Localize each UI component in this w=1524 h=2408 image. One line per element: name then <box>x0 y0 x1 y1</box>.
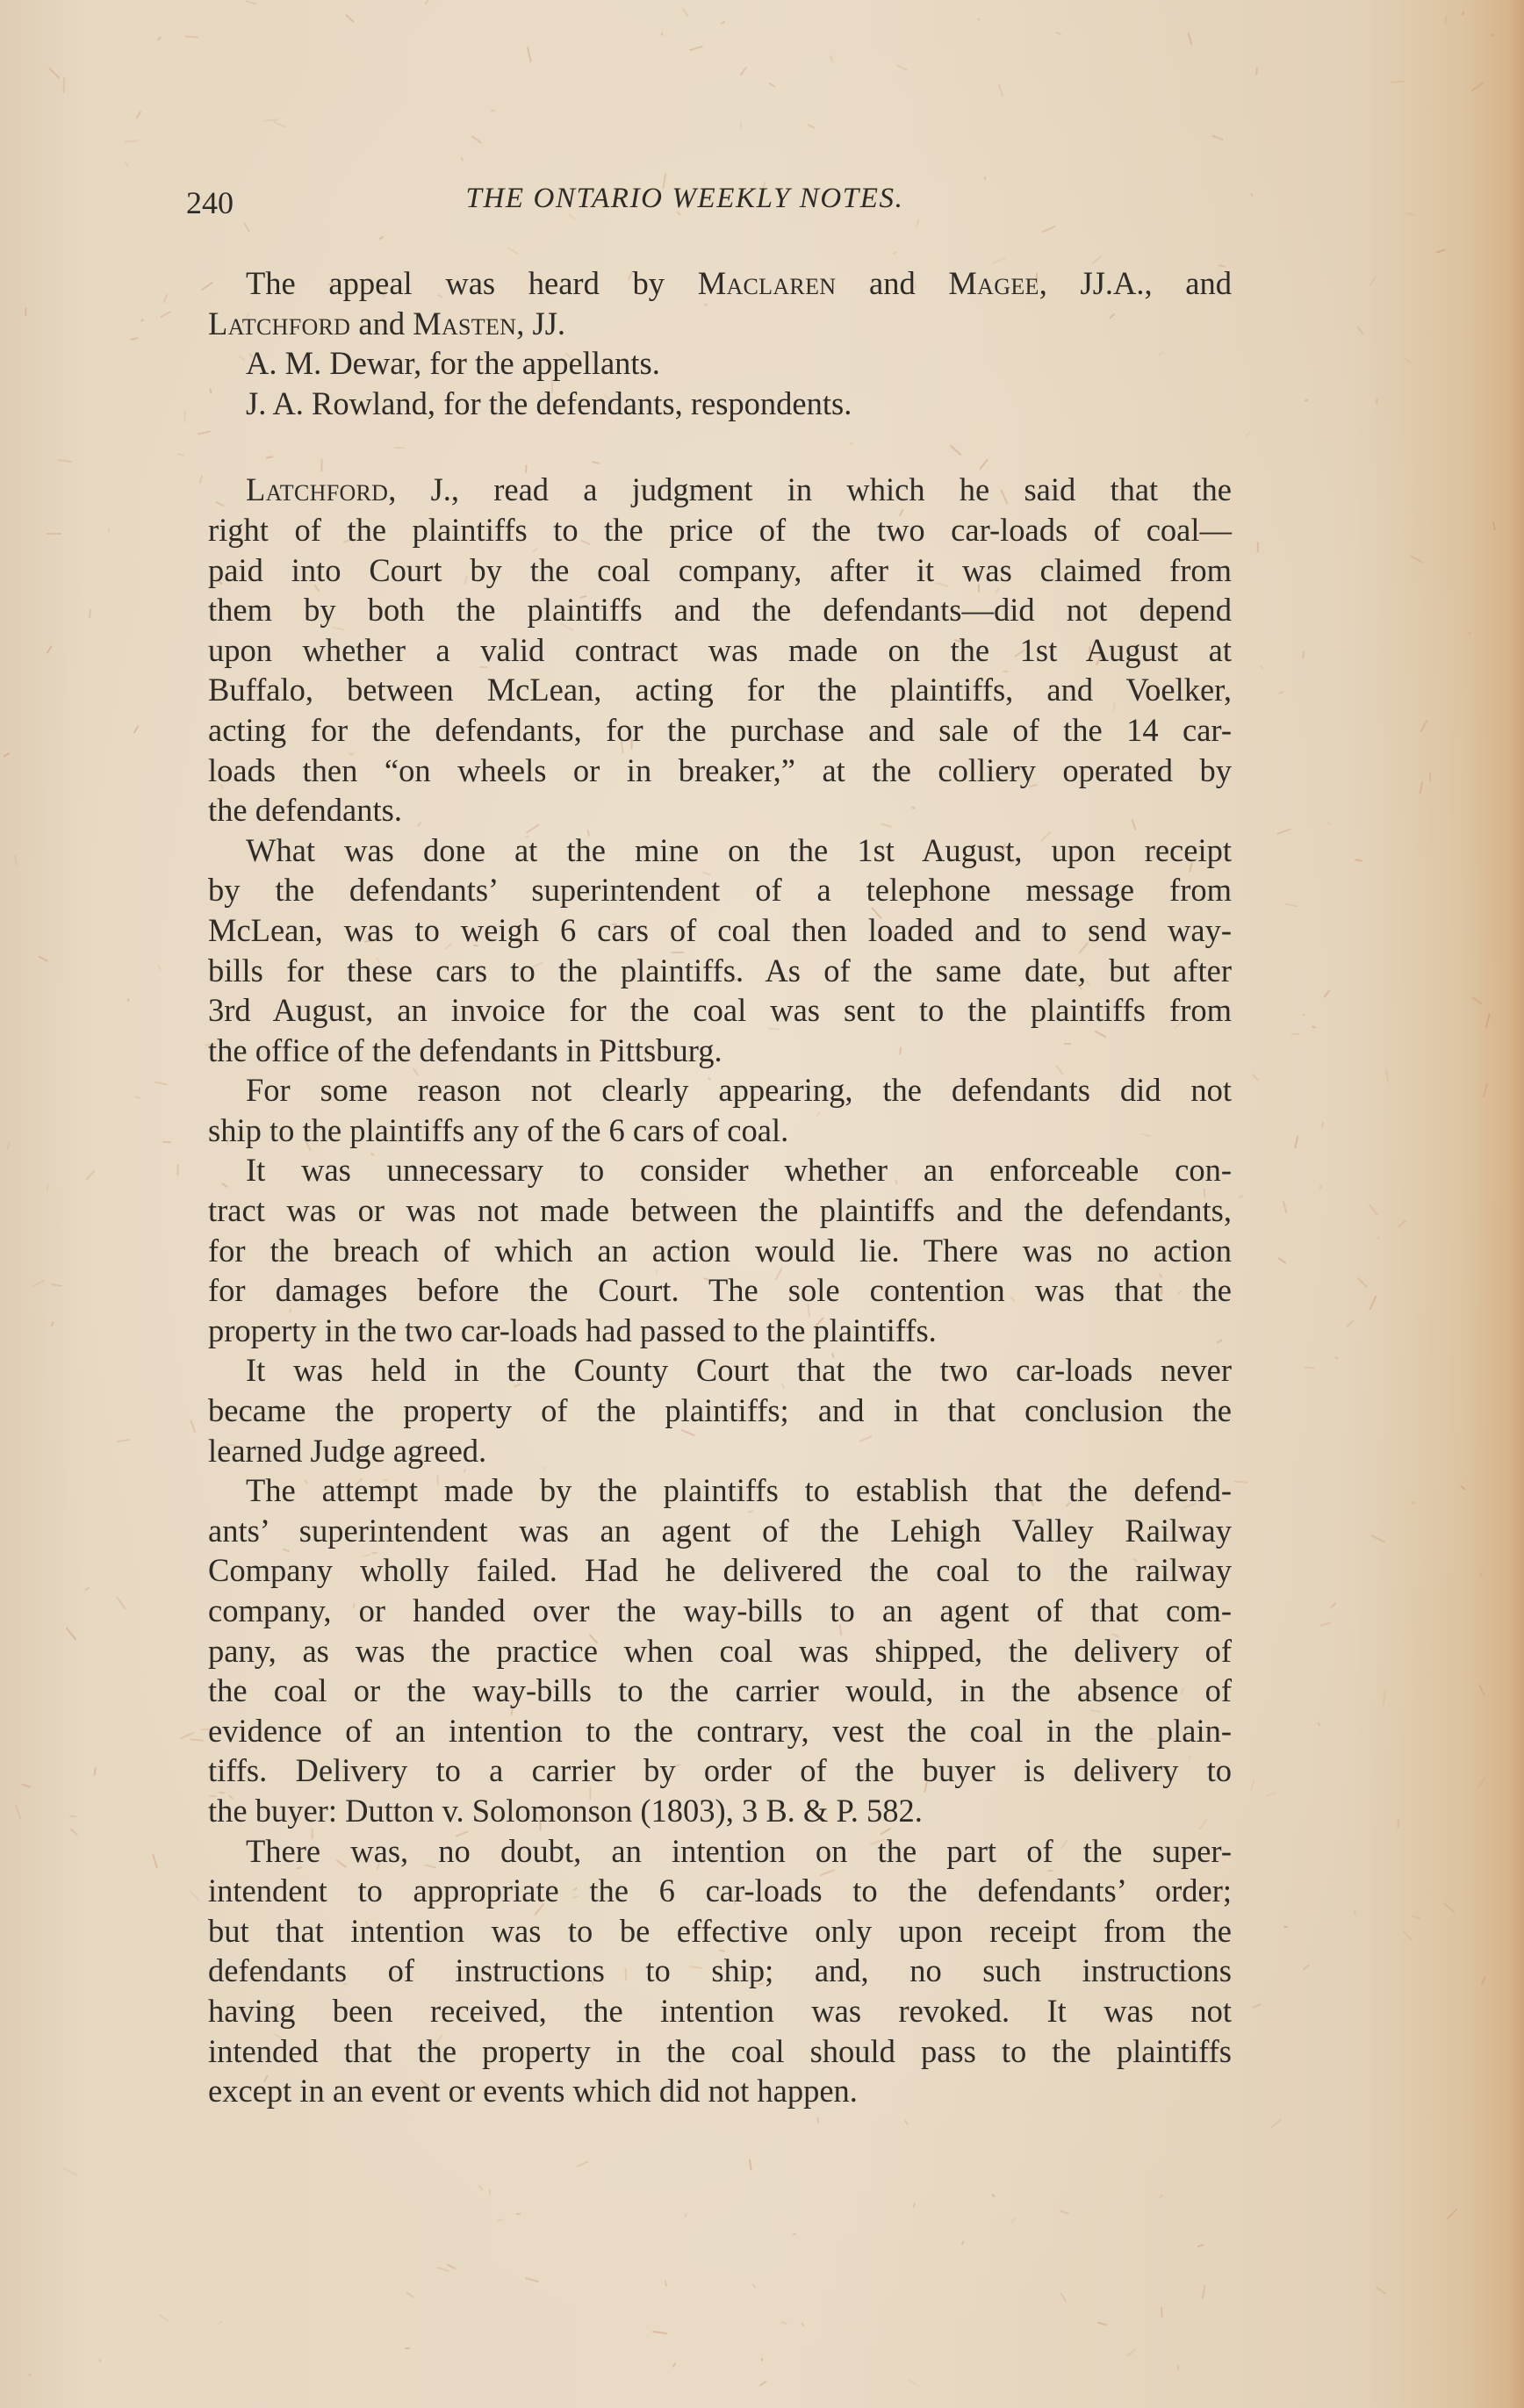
paper-fiber <box>1403 1930 1413 1941</box>
paper-fiber <box>1319 1184 1321 1189</box>
bench-line-1: The appeal was heard by Maclaren and Mag… <box>208 263 1232 304</box>
text-line: McLean, was to weigh 6 cars of coal then… <box>208 910 1232 951</box>
paper-fiber <box>1255 67 1258 75</box>
paper-fiber <box>488 2189 491 2195</box>
paper-fiber <box>909 2379 918 2386</box>
paper-fiber <box>491 110 495 112</box>
paper-fiber <box>189 1889 200 1901</box>
text-line: the buyer: Dutton v. Solomonson (1803), … <box>208 1791 1232 1831</box>
paper-fiber <box>478 2185 483 2190</box>
paper-fiber <box>1369 275 1377 286</box>
judgment-body: right of the plaintiffs to the price of … <box>208 510 1232 2111</box>
paper-fiber <box>162 1141 171 1143</box>
paper-fiber <box>1097 2321 1107 2325</box>
paper-fiber <box>1312 1026 1316 1029</box>
text-line: property in the two car-loads had passed… <box>208 1311 1232 1351</box>
text-line: defendants of instructions to ship; and,… <box>208 1951 1232 1991</box>
text-line: The attempt made by the plaintiffs to es… <box>208 1470 1232 1511</box>
text-line: It was unnecessary to consider whether a… <box>208 1150 1232 1190</box>
paper-fiber <box>108 528 110 533</box>
counsel-line: J. A. Rowland, for the defendants, respo… <box>208 384 1232 424</box>
paper-fiber <box>156 36 162 41</box>
paper-fiber <box>1429 773 1431 781</box>
paper-fiber <box>28 2373 32 2376</box>
text-line: intendent to appropriate the 6 car-loads… <box>208 1871 1232 1911</box>
paper-fiber <box>46 645 52 654</box>
paper-fiber <box>446 2263 456 2269</box>
judge-name: Maclaren <box>698 265 837 301</box>
paper-fiber <box>159 2314 170 2323</box>
text-line: It was held in the County Court that the… <box>208 1350 1232 1391</box>
paper-fiber <box>1239 1195 1244 1198</box>
paper-fiber <box>801 2322 804 2326</box>
paper-fiber <box>1321 1122 1325 1129</box>
paper-fiber <box>88 609 90 619</box>
text-line: intended that the property in the coal s… <box>208 2031 1232 2072</box>
paper-fiber <box>1490 32 1494 36</box>
paper-fiber <box>1397 1819 1399 1828</box>
paper-fiber <box>1294 1135 1298 1149</box>
paper-fiber <box>1357 1276 1369 1288</box>
paper-fiber <box>62 78 65 94</box>
paper-fiber <box>1383 1690 1386 1706</box>
paper-fiber <box>1060 2210 1069 2214</box>
text-line: having been received, the intention was … <box>208 1991 1232 2031</box>
paper-fiber <box>51 1283 62 1287</box>
paper-fiber <box>152 1854 158 1869</box>
text-line: the office of the defendants in Pittsbur… <box>208 1031 1232 1071</box>
paper-fiber <box>140 319 144 322</box>
paper-fiber <box>379 235 384 240</box>
text-line: the defendants. <box>208 790 1232 830</box>
paper-fiber <box>1233 1481 1247 1484</box>
paper-fiber <box>190 1420 197 1433</box>
paper-fiber <box>1326 821 1332 827</box>
paper-fiber <box>14 854 18 865</box>
paper-fiber <box>1471 996 1484 1006</box>
paper-fiber <box>1492 521 1496 530</box>
paper-fiber <box>1211 134 1224 140</box>
paper-fiber <box>1477 1776 1486 1789</box>
paper-fiber <box>1481 1976 1486 1985</box>
text-line: ship to the plaintiffs any of the 6 cars… <box>208 1111 1232 1151</box>
paper-fiber <box>780 2321 787 2325</box>
text-line: became the property of the plaintiffs; a… <box>208 1391 1232 1431</box>
text-line: paid into Court by the coal company, aft… <box>208 550 1232 591</box>
paper-fiber <box>1405 358 1412 363</box>
text-line: the coal or the way-bills to the carrier… <box>208 1671 1232 1711</box>
paper-fiber <box>720 21 725 25</box>
body-text: The appeal was heard by Maclaren and Mag… <box>208 263 1232 2111</box>
paper-fiber <box>1377 1236 1381 1240</box>
paper-fiber <box>126 998 129 1003</box>
paper-fiber <box>1010 2218 1016 2223</box>
text-line: Buffalo, between McLean, acting for the … <box>208 670 1232 710</box>
paper-fiber <box>577 2161 588 2167</box>
paper-fiber <box>916 219 919 227</box>
text-line: by the defendants’ superintendent of a t… <box>208 870 1232 910</box>
paper-fiber <box>21 1783 31 1787</box>
paper-fiber <box>665 2280 668 2286</box>
paper-fiber <box>3 752 10 758</box>
paper-fiber <box>1369 1204 1377 1216</box>
text-line: upon whether a valid contract was made o… <box>208 630 1232 671</box>
paper-fiber <box>1302 1013 1306 1017</box>
paper-fiber <box>1277 1257 1286 1264</box>
paper-fiber <box>1252 2003 1262 2009</box>
paper-fiber <box>136 111 142 119</box>
paper-fiber <box>51 1321 54 1326</box>
judge-name: Latchford <box>208 305 350 341</box>
paper-fiber <box>792 2233 795 2236</box>
paper-fiber <box>976 18 981 21</box>
section-gap <box>208 423 1232 470</box>
paper-fiber <box>998 84 1003 97</box>
paper-fiber <box>183 409 185 422</box>
document-page: 240 THE ONTARIO WEEKLY NOTES. The appeal… <box>0 0 1524 2408</box>
paper-fiber <box>48 68 61 79</box>
paper-fiber <box>1420 719 1428 732</box>
paper-fiber <box>69 1815 76 1817</box>
paper-fiber <box>1188 32 1193 46</box>
paper-fiber <box>134 1096 140 1099</box>
paper-fiber <box>1355 859 1363 862</box>
paper-fiber <box>829 54 833 62</box>
paper-fiber <box>124 140 138 143</box>
judge-name: Magee <box>948 265 1039 301</box>
paper-fiber <box>93 1767 97 1777</box>
paper-fiber <box>768 82 776 88</box>
paper-fiber <box>130 337 138 341</box>
paper-fiber <box>345 14 355 23</box>
paper-fiber <box>1060 2292 1067 2303</box>
paper-fiber <box>1391 80 1405 83</box>
paper-fiber <box>740 67 748 76</box>
paper-fiber <box>1443 1902 1456 1914</box>
paper-fiber <box>1354 1910 1356 1915</box>
paper-fiber <box>124 162 128 168</box>
text-line: evidence of an intention to the contrary… <box>208 1711 1232 1751</box>
text-line: 3rd August, an invoice for the coal was … <box>208 990 1232 1031</box>
paper-fiber <box>177 1164 179 1175</box>
paper-fiber <box>63 2167 78 2176</box>
paper-fiber <box>161 310 172 317</box>
paper-fiber <box>1283 1926 1288 1928</box>
paper-fiber <box>47 533 61 535</box>
paper-fiber <box>681 8 688 17</box>
text-line: There was, no doubt, an intention on the… <box>208 1831 1232 1872</box>
paper-fiber <box>807 124 816 130</box>
paper-fiber <box>1411 555 1423 563</box>
paper-fiber <box>749 2160 752 2172</box>
paper-fiber <box>507 248 519 255</box>
paper-fiber <box>1283 1200 1288 1213</box>
paper-fiber <box>685 2212 688 2217</box>
paper-fiber <box>1334 1356 1340 1360</box>
paper-fiber <box>1303 651 1305 658</box>
paper-fiber <box>1042 226 1057 234</box>
paper-fiber <box>516 2213 521 2215</box>
paper-fiber <box>652 2331 668 2334</box>
paper-fiber <box>1398 1219 1407 1228</box>
paper-fiber <box>1256 542 1258 552</box>
text-line: for the breach of which an action would … <box>208 1231 1232 1271</box>
paper-fiber <box>1250 1779 1255 1792</box>
paper-fiber <box>217 2321 221 2325</box>
paper-fiber <box>25 307 26 315</box>
paper-fiber <box>1319 1621 1331 1627</box>
paper-fiber <box>1478 1685 1485 1696</box>
text-line: tract was or was not made between the pl… <box>208 1190 1232 1231</box>
paper-fiber <box>162 294 168 304</box>
paper-fiber <box>98 2359 102 2362</box>
paper-fiber <box>1436 249 1446 254</box>
paper-fiber <box>961 2241 965 2246</box>
paper-fiber <box>436 2267 449 2272</box>
text-line: but that intention was to be effective o… <box>208 1911 1232 1952</box>
judge-name: Masten <box>413 305 516 341</box>
paper-fiber <box>1411 1502 1415 1504</box>
paper-fiber <box>246 1 257 5</box>
paper-fiber <box>190 1739 204 1742</box>
text-line: company, or handed over the way-bills to… <box>208 1591 1232 1631</box>
paper-fiber <box>689 45 703 50</box>
text-line: tiffs. Delivery to a carrier by order of… <box>208 1750 1232 1791</box>
paper-fiber <box>471 136 481 145</box>
paper-fiber <box>1284 903 1298 908</box>
paper-fiber <box>1252 1074 1259 1082</box>
paper-fiber <box>904 2120 909 2126</box>
paper-fiber <box>1260 665 1263 670</box>
paper-fiber <box>1279 691 1284 694</box>
paper-fiber <box>1318 1722 1321 1727</box>
paper-fiber <box>1484 1013 1490 1028</box>
paper-fiber <box>1202 2285 1206 2299</box>
paper-fiber <box>198 475 203 484</box>
paper-fiber <box>1412 1916 1420 1920</box>
paper-fiber <box>1270 2118 1282 2129</box>
paper-fiber <box>991 2193 996 2197</box>
counsel-line: A. M. Dewar, for the appellants. <box>208 343 1232 384</box>
paper-fiber <box>70 1828 78 1836</box>
paper-fiber <box>66 1628 77 1641</box>
text-line: Company wholly failed. Had he delivered … <box>208 1550 1232 1591</box>
paper-fiber <box>1470 83 1484 93</box>
paper-fiber <box>1444 15 1447 24</box>
paper-fiber <box>893 251 897 255</box>
paper-fiber <box>133 725 140 734</box>
paper-fiber <box>1346 1320 1355 1328</box>
text-line: ants’ superintendent was an agent of the… <box>208 1511 1232 1551</box>
paper-fiber <box>816 2117 819 2124</box>
paper-fiber <box>761 2358 764 2361</box>
paper-fiber <box>1303 1964 1311 1970</box>
text-line: except in an event or events which did n… <box>208 2071 1232 2111</box>
paper-fiber <box>896 64 907 70</box>
paper-fiber <box>15 1805 21 1820</box>
text-line: For some reason not clearly appearing, t… <box>208 1070 1232 1111</box>
paper-fiber <box>740 122 742 129</box>
paper-fiber <box>1461 1484 1467 1491</box>
paper-fiber <box>1369 1295 1377 1310</box>
paper-fiber <box>1468 631 1472 636</box>
paper-fiber <box>1276 828 1291 835</box>
paper-fiber <box>1159 2195 1163 2199</box>
paper-fiber <box>1176 2365 1179 2370</box>
paper-fiber <box>1126 2349 1135 2357</box>
text-line: pany, as was the practice when coal was … <box>208 1631 1232 1671</box>
paper-fiber <box>1376 399 1377 405</box>
paper-fiber <box>1462 11 1465 16</box>
paper-fiber <box>273 121 287 128</box>
paper-fiber <box>47 1183 50 1192</box>
paper-fiber <box>425 0 432 5</box>
paper-fiber <box>1161 2307 1163 2318</box>
paper-fiber <box>1375 2286 1385 2295</box>
paper-fiber <box>32 1279 45 1287</box>
text-line: them by both the plaintiffs and the defe… <box>208 590 1232 630</box>
bench-line-2: Latchford and Masten, JJ. <box>208 304 1232 344</box>
paper-fiber <box>1370 1535 1385 1543</box>
paper-fiber <box>243 222 250 233</box>
text-line: What was done at the mine on the 1st Aug… <box>208 830 1232 871</box>
paper-fiber <box>116 1596 126 1610</box>
paper-fiber <box>672 2362 676 2368</box>
judgment-first-line: Latchford, J., read a judgment in which … <box>208 470 1232 510</box>
paper-fiber <box>7 1142 11 1150</box>
paper-fiber <box>984 176 987 180</box>
paper-fiber <box>405 2347 410 2350</box>
paper-fiber <box>525 2278 539 2283</box>
paper-fiber <box>158 965 162 971</box>
paper-fiber <box>1055 31 1062 35</box>
paper-fiber <box>752 2283 757 2289</box>
text-line: for damages before the Court. The sole c… <box>208 1270 1232 1311</box>
paper-fiber <box>1305 399 1308 402</box>
text-line: loads then “on wheels or in breaker,” at… <box>208 751 1232 791</box>
paper-fiber <box>1420 781 1424 794</box>
paper-fiber <box>39 956 48 962</box>
running-head: THE ONTARIO WEEKLY NOTES. <box>0 183 1369 215</box>
text-line: right of the plaintiffs to the price of … <box>208 510 1232 550</box>
paper-fiber <box>1447 2209 1458 2220</box>
paper-fiber <box>496 2218 505 2222</box>
paper-fiber <box>58 459 72 463</box>
paper-fiber <box>1245 432 1250 437</box>
paper-fiber <box>527 47 532 63</box>
paper-fiber <box>406 2291 414 2297</box>
paper-fiber <box>661 32 664 37</box>
paper-fiber <box>1407 212 1415 216</box>
paper-fiber <box>84 1169 95 1180</box>
paper-fiber <box>1197 2244 1204 2248</box>
paper-fiber <box>154 1082 167 1086</box>
paper-fiber <box>1291 1032 1299 1034</box>
paper-fiber <box>1305 1366 1315 1369</box>
paper-fiber <box>460 156 464 161</box>
paper-fiber <box>84 1587 90 1592</box>
paper-fiber <box>1478 1571 1483 1577</box>
paper-fiber <box>117 1439 131 1442</box>
paper-fiber <box>913 2202 917 2208</box>
text-line: acting for the defendants, for the purch… <box>208 710 1232 751</box>
paper-fiber <box>1357 326 1364 334</box>
paper-fiber <box>1266 1792 1276 1796</box>
paper-fiber <box>1324 989 1331 998</box>
text-line: bills for these cars to the plaintiffs. … <box>208 951 1232 991</box>
paper-fiber <box>1384 1068 1389 1082</box>
text-line: learned Judge agreed. <box>208 1431 1232 1471</box>
paper-fiber <box>1483 1083 1488 1097</box>
paper-fiber <box>1330 1602 1337 1609</box>
judge-name: Latchford <box>246 471 388 507</box>
paper-fiber <box>760 2380 767 2386</box>
paper-fiber <box>176 453 184 456</box>
paper-fiber <box>185 36 198 39</box>
